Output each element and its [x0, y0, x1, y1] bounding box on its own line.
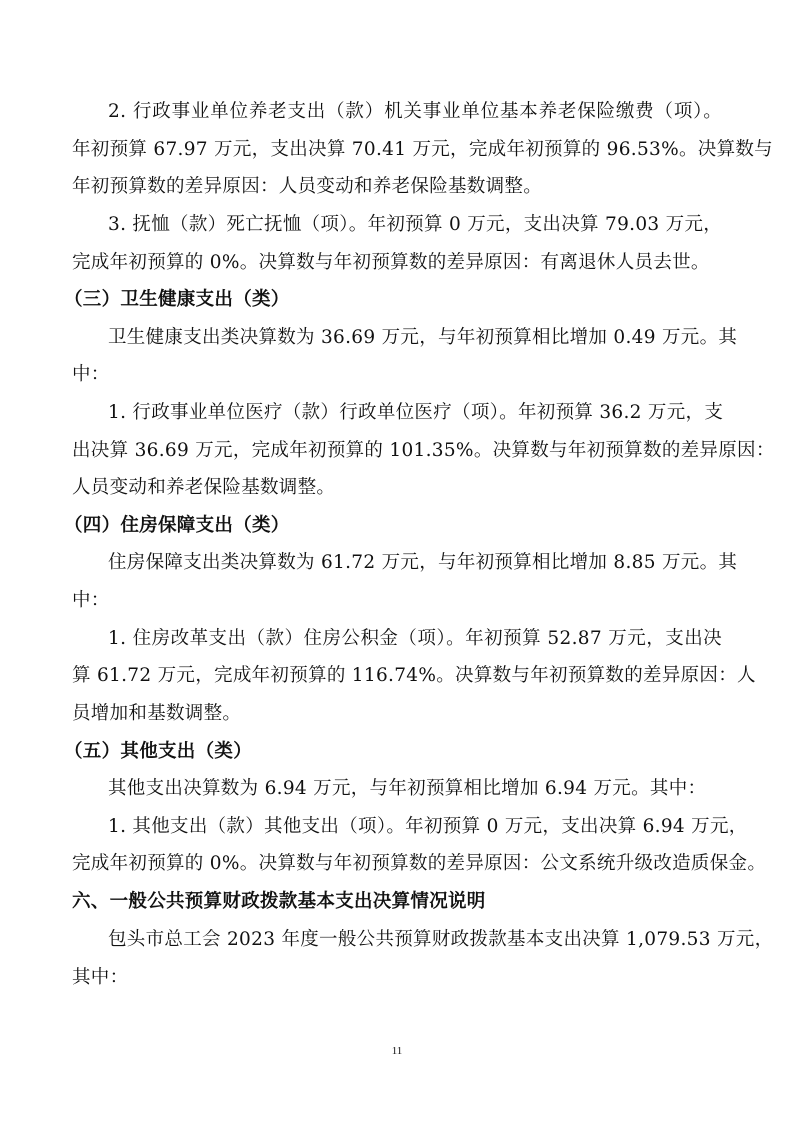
paragraph-line: 中：: [72, 363, 722, 387]
paragraph-first-line: 1. 行政事业单位医疗（款）行政单位医疗（项）。年初预算 36.2 万元，支: [108, 401, 722, 425]
paragraph-first-line: 2. 行政事业单位养老支出（款）机关事业单位基本养老保险缴费（项）。: [108, 100, 722, 124]
document-page: 2. 行政事业单位养老支出（款）机关事业单位基本养老保险缴费（项）。年初预算 6…: [0, 0, 794, 1123]
page-number: 11: [0, 1045, 794, 1057]
paragraph-line: 其中：: [72, 966, 722, 990]
paragraph-line: 出决算 36.69 万元，完成年初预算的 101.35%。决算数与年初预算数的差…: [72, 439, 722, 463]
paragraph-first-line: 卫生健康支出类决算数为 36.69 万元，与年初预算相比增加 0.49 万元。其: [108, 326, 722, 350]
paragraph-line: 年初预算数的差异原因：人员变动和养老保险基数调整。: [72, 175, 722, 199]
paragraph-first-line: 1. 住房改革支出（款）住房公积金（项）。年初预算 52.87 万元，支出决: [108, 627, 722, 651]
section-heading: （四）住房保障支出（类）: [64, 514, 714, 538]
paragraph-line: 算 61.72 万元，完成年初预算的 116.74%。决算数与年初预算数的差异原…: [72, 664, 722, 688]
paragraph-first-line: 住房保障支出类决算数为 61.72 万元，与年初预算相比增加 8.85 万元。其: [108, 551, 722, 575]
chapter-heading: 六、一般公共预算财政拨款基本支出决算情况说明: [72, 890, 722, 914]
paragraph-line: 年初预算 67.97 万元，支出决算 70.41 万元，完成年初预算的 96.5…: [72, 138, 722, 162]
paragraph-line: 完成年初预算的 0%。决算数与年初预算数的差异原因：有离退休人员去世。: [72, 251, 722, 275]
paragraph-line: 完成年初预算的 0%。决算数与年初预算数的差异原因：公文系统升级改造质保金。: [72, 852, 722, 876]
paragraph-line: 人员变动和养老保险基数调整。: [72, 476, 722, 500]
paragraph-first-line: 其他支出决算数为 6.94 万元，与年初预算相比增加 6.94 万元。其中：: [108, 777, 722, 801]
section-heading: （三）卫生健康支出（类）: [64, 288, 714, 312]
section-heading: （五）其他支出（类）: [64, 740, 714, 764]
paragraph-first-line: 1. 其他支出（款）其他支出（项）。年初预算 0 万元，支出决算 6.94 万元…: [108, 815, 722, 839]
paragraph-first-line: 3. 抚恤（款）死亡抚恤（项）。年初预算 0 万元，支出决算 79.03 万元，: [108, 213, 722, 237]
paragraph-first-line: 包头市总工会 2023 年度一般公共预算财政拨款基本支出决算 1,079.53 …: [108, 928, 722, 952]
paragraph-line: 员增加和基数调整。: [72, 702, 722, 726]
paragraph-line: 中：: [72, 589, 722, 613]
